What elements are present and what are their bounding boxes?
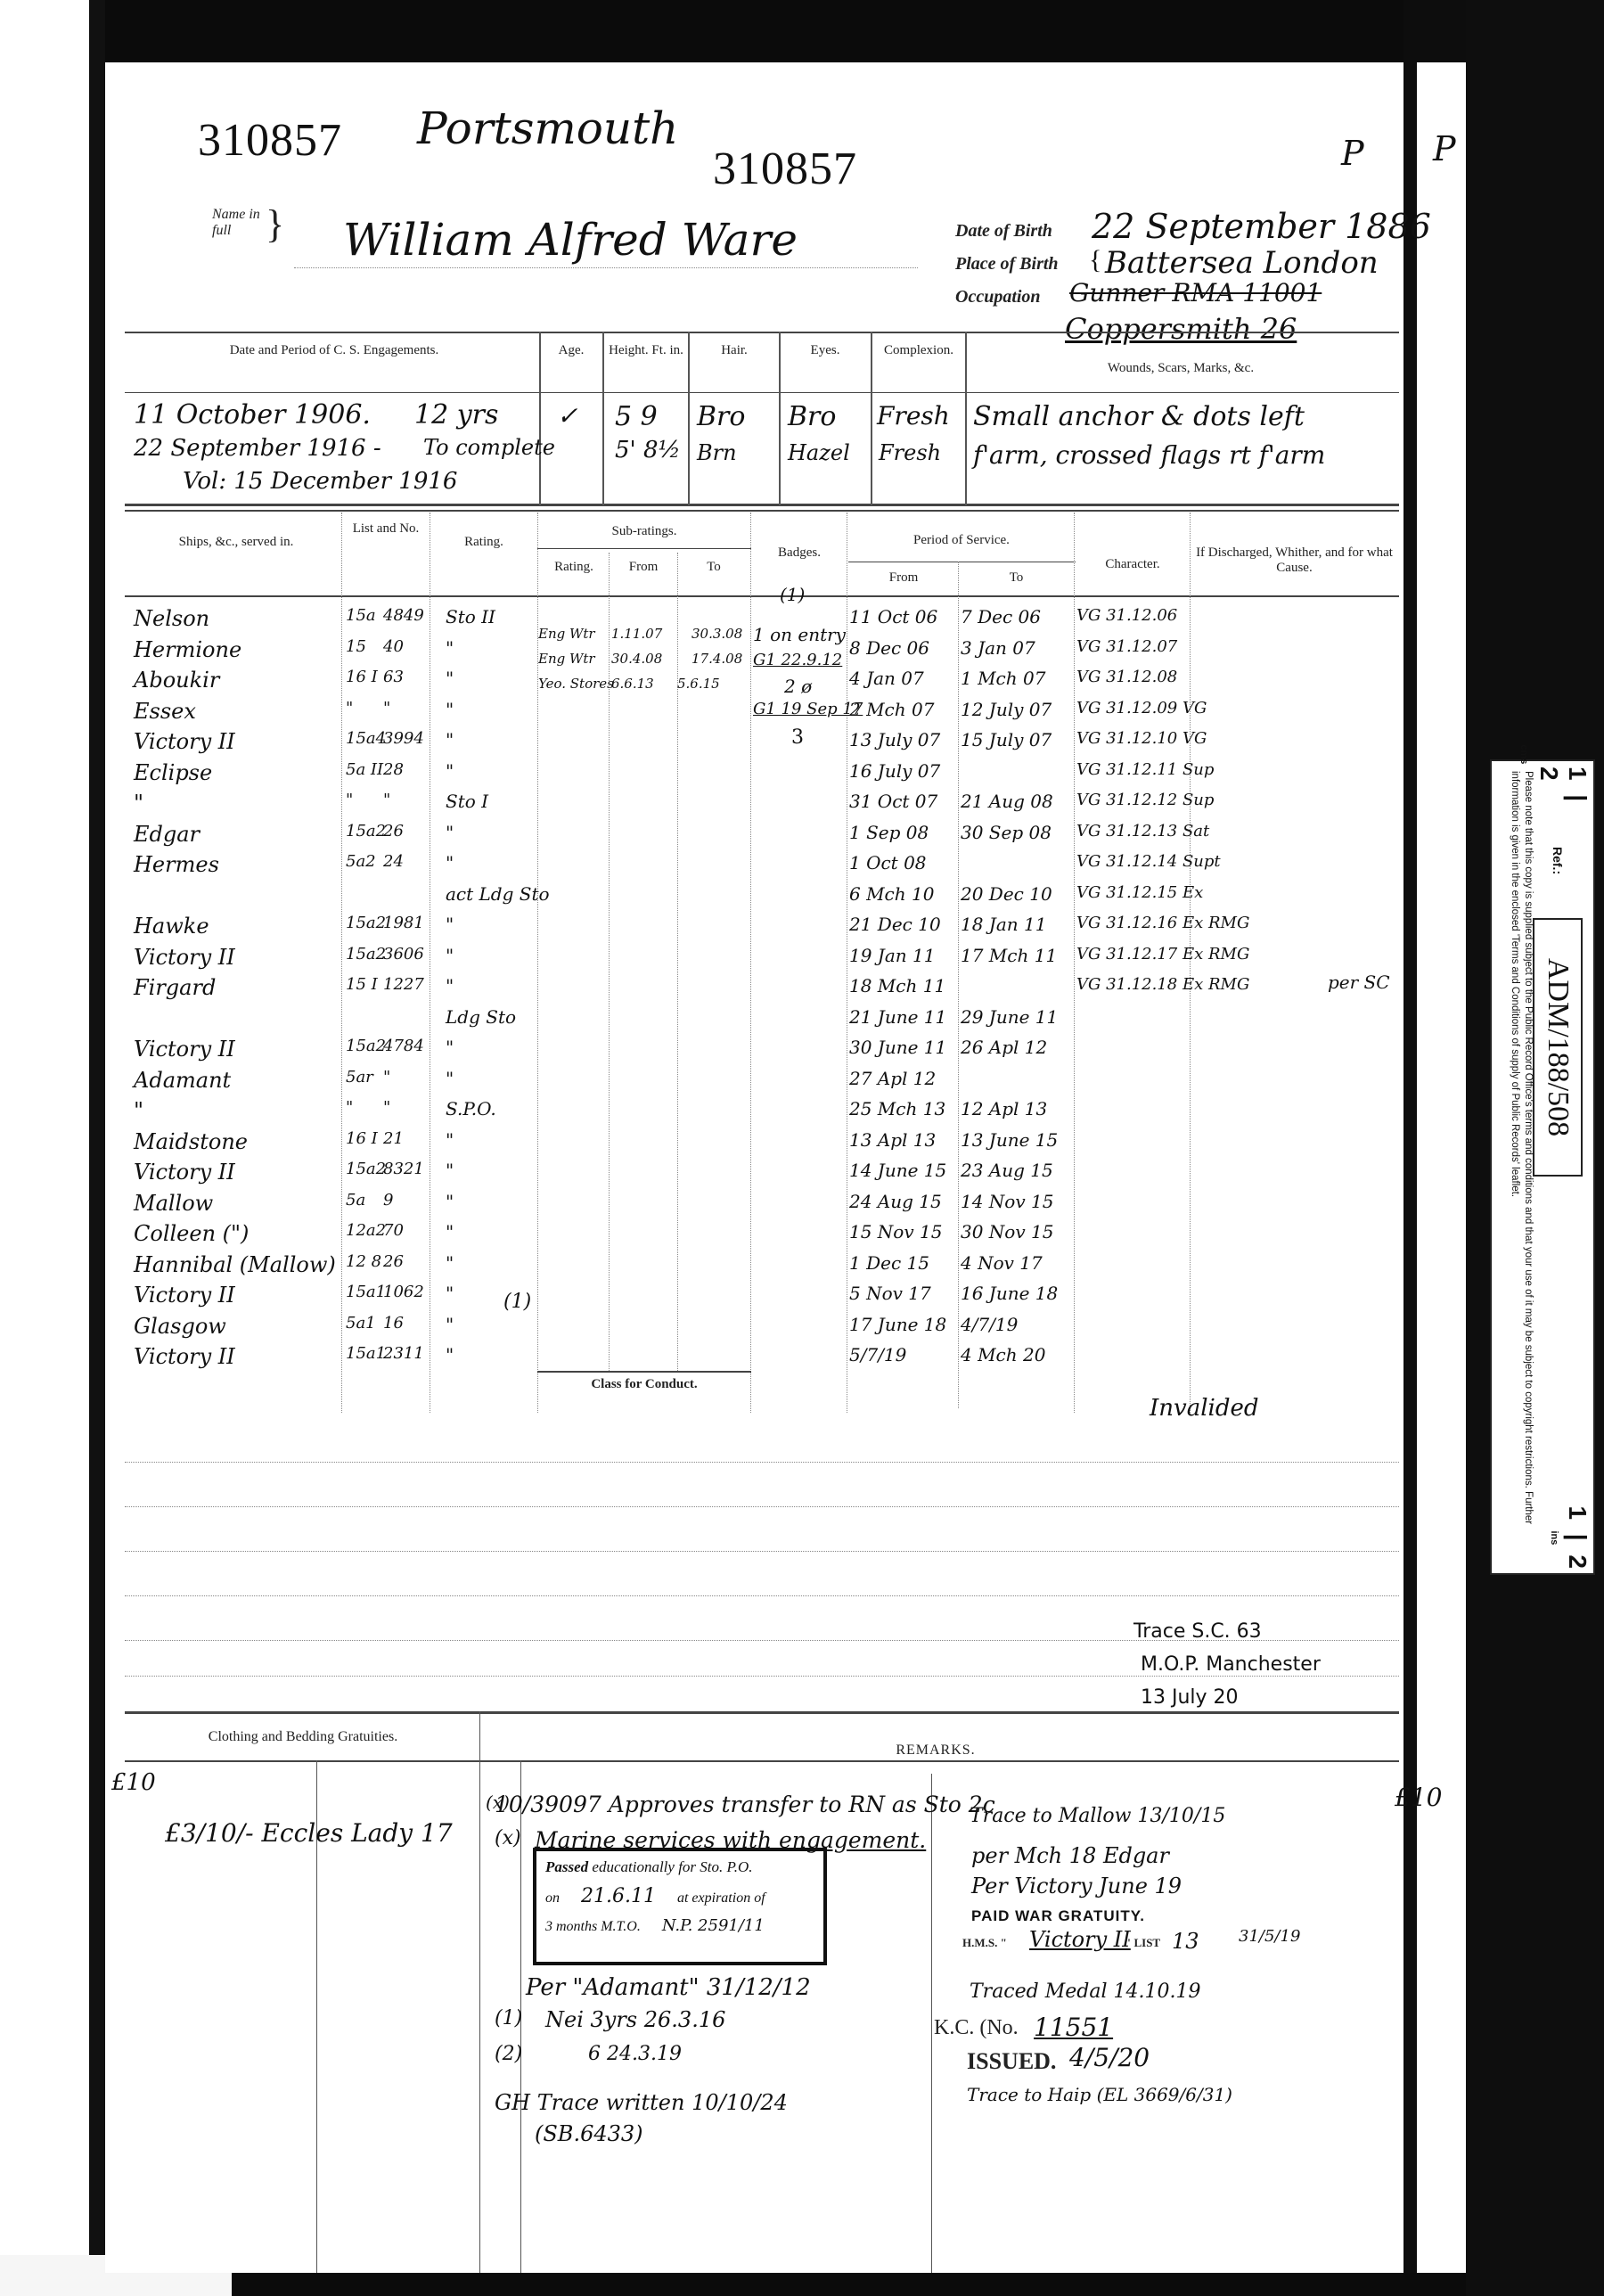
trace-line-1: Trace S.C. 63 <box>1133 1620 1262 1643</box>
period-from: 11 Oct 06 <box>849 606 937 627</box>
occupation-value: Coppersmith 26 <box>1065 312 1297 346</box>
copyright-notice: Please note that this copy is supplied s… <box>1508 771 1534 1555</box>
header-character: Character. <box>1076 557 1189 572</box>
badge-entry: G1 19 Sep 17 <box>753 700 863 718</box>
ship-name: Victory II <box>134 1344 235 1369</box>
period-from: 19 Jan 11 <box>849 945 935 966</box>
stamp-expiration: at expiration of <box>677 1890 765 1906</box>
sub-rating-to: 30.3.08 <box>692 626 742 642</box>
header-complexion: Complexion. <box>873 343 964 358</box>
remark-mark: (x) <box>495 1827 521 1849</box>
period-from: 31 Oct 07 <box>849 791 937 812</box>
rating: " <box>446 975 454 996</box>
sub-rating-from: 30.4.08 <box>611 651 662 667</box>
name-brace: } <box>266 201 284 247</box>
scale-cm-unit: cms <box>1518 744 1529 764</box>
period-to: 23 Aug 15 <box>961 1160 1053 1181</box>
rating: Sto I <box>446 791 488 812</box>
ship-number: 3606 <box>383 945 424 963</box>
header-age: Age. <box>542 343 601 358</box>
sub-rating-mark: (1) <box>503 1291 531 1313</box>
subratings-rule <box>537 548 751 549</box>
class-for-conduct-label: Class for Conduct. <box>542 1377 747 1392</box>
col-divider <box>341 512 342 1413</box>
ship-list: 15 <box>346 637 366 656</box>
period-from: 24 Aug 15 <box>849 1191 942 1212</box>
ship-name: Firgard <box>134 975 216 1000</box>
ship-name: Hannibal (Mallow) <box>134 1252 336 1277</box>
table-rule <box>125 392 1399 393</box>
period-from: 1 Oct 08 <box>849 852 927 873</box>
ship-number: 70 <box>383 1221 404 1240</box>
engagement-hair: Brn <box>697 440 737 465</box>
pob-brace: { <box>1089 245 1101 275</box>
adjacent-page-edge <box>1417 62 1466 2273</box>
ship-name: Victory II <box>134 1160 235 1185</box>
period-to: 12 Apl 13 <box>961 1098 1047 1119</box>
character: VG 31.12.16 Ex RMG <box>1076 914 1249 932</box>
war-gratuity-hms-label: H.M.S. " <box>962 1936 1007 1950</box>
remark-line: (SB.6433) <box>535 2121 643 2146</box>
sub-rating: Yeo. Stores <box>538 676 614 692</box>
ship-name: Colleen (") <box>134 1221 249 1246</box>
ship-list: 15 I <box>346 975 378 994</box>
ship-name: Hermes <box>134 852 219 877</box>
corner-mark-p: P <box>1341 134 1364 173</box>
rating: act Ldg Sto <box>446 883 550 905</box>
ship-list: 15a1 <box>346 1283 386 1301</box>
rating: " <box>446 852 454 873</box>
ship-number: " <box>383 699 390 717</box>
stamp-date: 21.6.11 <box>581 1885 656 1907</box>
sub-rating: Eng Wtr <box>538 626 595 642</box>
full-name: William Alfred Ware <box>343 214 798 266</box>
rating: " <box>446 1283 454 1304</box>
ship-name: Aboukir <box>134 668 219 693</box>
header-sub-to: To <box>679 560 749 575</box>
period-to: 17 Mch 11 <box>961 945 1057 966</box>
stamp-ref: N.P. 2591/11 <box>662 1916 765 1935</box>
ship-list: 15a2 <box>346 945 386 963</box>
header-sub-rating: Rating. <box>540 560 608 575</box>
remark-line: GH Trace written 10/10/24 <box>495 2090 788 2115</box>
ship-list: 5a <box>346 1191 365 1209</box>
period-from: 30 June 11 <box>849 1037 946 1058</box>
ship-number: 26 <box>383 1252 404 1271</box>
remark-line: Nei 3yrs 26.3.16 <box>545 2007 725 2032</box>
ship-number: 1062 <box>383 1283 424 1301</box>
stamp-line-3: 3 months M.T.O. <box>545 1919 641 1934</box>
character: VG 31.12.15 Ex <box>1076 883 1203 902</box>
header-eyes: Eyes. <box>782 343 868 358</box>
badge-entry: 3 <box>791 726 804 749</box>
port-division: Portsmouth <box>417 102 678 154</box>
ship-number: 26 <box>383 822 404 840</box>
ship-list: 15a1 <box>346 1344 386 1363</box>
trace-line-3: 13 July 20 <box>1141 1686 1239 1709</box>
ship-list: 5a1 <box>346 1314 376 1332</box>
header-marks: Wounds, Scars, Marks, &c. <box>971 361 1390 376</box>
war-gratuity-stamp: PAID WAR GRATUITY. <box>971 1907 1145 1925</box>
header-rating: Rating. <box>433 535 535 550</box>
sub-rating: Eng Wtr <box>538 651 595 667</box>
sub-rating-from: 6.6.13 <box>611 676 654 692</box>
col-divider <box>958 562 959 1408</box>
name-label: Name in full <box>212 207 266 238</box>
header-period-to: To <box>961 570 1072 586</box>
engagement-complexion: Fresh <box>877 401 950 430</box>
dob-label: Date of Birth <box>955 221 1052 242</box>
badge-entry: 2 ø <box>784 676 812 697</box>
period-from: 13 July 07 <box>849 729 940 750</box>
col-divider <box>871 332 872 505</box>
period-from: 17 June 18 <box>849 1314 946 1335</box>
rating: " <box>446 1129 454 1151</box>
rating: Ldg Sto <box>446 1006 516 1028</box>
header-period: Period of Service. <box>851 533 1072 548</box>
rating: " <box>446 1068 454 1089</box>
period-to: 4 Nov 17 <box>961 1252 1043 1274</box>
sub-rating-from: 1.11.07 <box>611 626 662 642</box>
ship-number: 28 <box>383 760 404 779</box>
remark-trace: Trace to Haip (EL 3669/6/31) <box>967 2084 1232 2105</box>
ship-list: 5ar <box>346 1068 373 1086</box>
ship-list: 15a2 <box>346 822 386 840</box>
engagement-hair: Bro <box>697 401 745 432</box>
period-to: 30 Nov 15 <box>961 1221 1053 1242</box>
scale-in-2: 2 <box>1564 1554 1592 1569</box>
stamp-on: on <box>545 1890 560 1906</box>
ship-number: 1227 <box>383 975 424 994</box>
badge-entry: 1 on entry <box>753 624 846 645</box>
period-from: 1 Sep 08 <box>849 822 929 843</box>
ship-list: 15a <box>346 606 376 625</box>
rating: " <box>446 699 454 720</box>
period-to: 15 July 07 <box>961 729 1052 750</box>
table-rule <box>125 332 1399 333</box>
engagement-height: 5' 8½ <box>615 437 681 463</box>
ship-number: 21 <box>383 1129 404 1148</box>
character: VG 31.12.08 <box>1076 668 1177 686</box>
rating: " <box>446 822 454 843</box>
ship-number: 63 <box>383 668 404 686</box>
pob-label: Place of Birth <box>955 254 1059 275</box>
engagement-date: 11 October 1906. <box>134 399 371 430</box>
engagement-period: To complete <box>423 435 555 460</box>
character: VG 31.12.17 Ex RMG <box>1076 945 1249 963</box>
scan-border-left <box>89 0 105 2282</box>
ship-name: Victory II <box>134 945 235 970</box>
ship-number: 2311 <box>383 1344 424 1363</box>
engagement-height: 5 9 <box>615 401 658 432</box>
issued-date: 4/5/20 <box>1069 2043 1150 2072</box>
ship-list: 16 I <box>346 1129 378 1148</box>
rating: " <box>446 1191 454 1212</box>
badge-entry: G1 22.9.12 <box>753 651 842 669</box>
ship-list: 15a2 <box>346 1160 386 1178</box>
rating: " <box>446 1037 454 1058</box>
table-rule <box>125 595 1399 597</box>
rating: " <box>446 760 454 782</box>
header-period-from: From <box>851 570 956 586</box>
engagement-marks: Small anchor & dots left <box>973 401 1305 432</box>
ship-name: Glasgow <box>134 1314 226 1339</box>
rating: " <box>446 1252 454 1274</box>
ship-number: 4784 <box>383 1037 424 1055</box>
ship-name: Maidstone <box>134 1129 248 1154</box>
ship-name: Victory II <box>134 1283 235 1308</box>
remark-mark: (1) <box>495 2007 522 2029</box>
remark-line: 10/39097 Approves transfer to RN as Sto … <box>495 1792 995 1817</box>
rating: " <box>446 1344 454 1365</box>
ref-label: Ref.: <box>1551 847 1565 874</box>
ship-list: 5a II <box>346 760 383 779</box>
header-list-no: List and No. <box>344 521 428 537</box>
ship-list: 15a2 <box>346 1037 386 1055</box>
ship-list: 5a2 <box>346 852 376 871</box>
period-to: 12 July 07 <box>961 699 1052 720</box>
character: VG 31.12.06 <box>1076 606 1177 625</box>
period-to: 7 Dec 06 <box>961 606 1041 627</box>
period-to: 1 Mch 07 <box>961 668 1045 689</box>
period-to: 4/7/19 <box>961 1314 1018 1335</box>
ship-name: Eclipse <box>134 760 212 785</box>
badge-note: (1) <box>780 584 805 605</box>
ship-list: " <box>346 699 353 717</box>
scan-border-top <box>89 0 1461 62</box>
ship-name: Victory II <box>134 1037 235 1062</box>
engagement-age: ✓ <box>557 401 577 430</box>
copyright-slip: 1 | 2 cms Ref.: ADM/188/508 Please note … <box>1490 759 1595 1575</box>
ship-list: 12 8 <box>346 1252 381 1271</box>
occupation-struck: Gunner RMA 11001 <box>1069 278 1322 307</box>
period-from: 5/7/19 <box>849 1344 906 1365</box>
character: VG 31.12.09 VG <box>1076 699 1207 717</box>
name-underline <box>294 267 918 268</box>
period-from: 5 Nov 17 <box>849 1283 931 1304</box>
character: VG 31.12.07 <box>1076 637 1177 656</box>
col-divider <box>430 512 430 1413</box>
rating: S.P.O. <box>446 1098 496 1119</box>
table-rule <box>125 504 1399 506</box>
sub-rating-to: 5.6.15 <box>677 676 720 692</box>
character: VG 31.12.12 Sup <box>1076 791 1214 809</box>
ship-list: 15a4 <box>346 729 386 748</box>
document-reference: ADM/188/508 <box>1533 918 1583 1177</box>
period-from: 4 Jan 07 <box>849 668 924 689</box>
col-divider <box>965 332 967 505</box>
ship-name: Hawke <box>134 914 209 939</box>
ship-name: Edgar <box>134 822 200 847</box>
ship-name: Mallow <box>134 1191 213 1216</box>
service-number-center: 310857 <box>713 143 857 195</box>
ship-list: 15a2 <box>346 914 386 932</box>
scale-cm-1: 1 <box>1564 767 1592 781</box>
ship-list: " <box>346 791 353 809</box>
engagement-period: 12 yrs <box>414 399 498 430</box>
engagement-eyes: Bro <box>788 401 836 432</box>
character: VG 31.12.14 Supt <box>1076 852 1221 871</box>
conduct-rule <box>537 1371 751 1373</box>
gratuity-entry: £3/10/- Eccles Lady 17 <box>165 1818 453 1848</box>
ship-number: " <box>383 791 390 809</box>
rating: " <box>446 668 454 689</box>
character: VG 31.12.13 Sat <box>1076 822 1209 840</box>
corner-mark-p-right: P <box>1433 129 1456 168</box>
period-to: 3 Jan 07 <box>961 637 1035 659</box>
ship-number: 16 <box>383 1314 404 1332</box>
ship-name: Essex <box>134 699 196 724</box>
ship-number: 9 <box>383 1191 393 1209</box>
rating: " <box>446 729 454 750</box>
col-divider <box>847 512 847 1413</box>
ship-name: Adamant <box>134 1068 231 1093</box>
rating: Sto II <box>446 606 495 627</box>
period-from: 21 June 11 <box>849 1006 946 1028</box>
header-sub-from: From <box>611 560 675 575</box>
education-stamp: Passed educationally for Sto. P.O. on 21… <box>533 1848 827 1965</box>
rating: " <box>446 914 454 935</box>
period-from: 13 Apl 13 <box>849 1129 936 1151</box>
ship-list: 12a2 <box>346 1221 386 1240</box>
period-from: 8 Dec 06 <box>849 637 929 659</box>
character: VG 31.12.11 Sup <box>1076 760 1214 779</box>
col-divider <box>688 332 690 505</box>
period-to: 21 Aug 08 <box>961 791 1053 812</box>
pob-value: Battersea London <box>1105 245 1379 281</box>
ship-name: " <box>134 1098 143 1123</box>
scale-in: 1 | 2 ins <box>1563 1505 1592 1569</box>
period-from: 18 Mch 11 <box>849 975 945 996</box>
header-ships: Ships, &c., served in. <box>134 535 339 550</box>
right-margin-note: £10 <box>1395 1783 1442 1812</box>
ship-number: " <box>383 1068 390 1086</box>
war-gratuity-date: 31/5/19 <box>1239 1927 1300 1946</box>
period-to: 26 Apl 12 <box>961 1037 1047 1058</box>
engagement-date: Vol: 15 December 1916 <box>183 468 457 495</box>
rating: " <box>446 1221 454 1242</box>
remark-right: Trace to Mallow 13/10/15 <box>970 1805 1225 1827</box>
period-to: 14 Nov 15 <box>961 1191 1053 1212</box>
period-from: 21 Dec 10 <box>849 914 941 935</box>
kc-number: 11551 <box>1034 2013 1113 2042</box>
remark-right: Per Victory June 19 <box>971 1874 1182 1898</box>
scale-in-1: 1 <box>1564 1505 1592 1520</box>
dob-value: 22 September 1886 <box>1092 207 1431 246</box>
trace-line-2: M.O.P. Manchester <box>1141 1653 1321 1676</box>
kc-label: K.C. (No. <box>934 2016 1019 2040</box>
war-gratuity-ship: Victory II <box>1029 1927 1131 1952</box>
header-engagements: Date and Period of C. S. Engagements. <box>134 343 535 358</box>
col-divider <box>602 332 604 505</box>
period-rule <box>848 562 1076 562</box>
character: VG 31.12.10 VG <box>1076 729 1207 748</box>
col-divider <box>750 512 751 1413</box>
ship-number: " <box>383 1098 390 1117</box>
service-number-left: 310857 <box>198 114 342 167</box>
period-to: 13 June 15 <box>961 1129 1058 1151</box>
header-height: Height. Ft. in. <box>606 343 686 358</box>
remark-mark: (2) <box>495 2043 522 2065</box>
scale-cm-2: 2 <box>1535 767 1563 781</box>
rating: " <box>446 945 454 966</box>
header-hair: Hair. <box>692 343 777 358</box>
stamp-line-1: educationally for Sto. P.O. <box>592 1858 752 1875</box>
col-divider <box>539 332 541 505</box>
scale-cm: 1 | 2 cms <box>1534 767 1592 813</box>
ship-number: 3994 <box>383 729 424 748</box>
period-to: 16 June 18 <box>961 1283 1058 1304</box>
remark-line: Per "Adamant" 31/12/12 <box>526 1974 811 2001</box>
rating: " <box>446 1160 454 1181</box>
col-divider <box>779 332 781 505</box>
character: VG 31.12.18 Ex RMG <box>1076 975 1249 994</box>
col-divider <box>1074 512 1075 1413</box>
ship-number: 4849 <box>383 606 424 625</box>
ship-number: 1981 <box>383 914 424 932</box>
medal-trace: Traced Medal 14.10.19 <box>970 1980 1200 2003</box>
war-gratuity-list-label: " LIST <box>1125 1936 1160 1950</box>
sub-rating-to: 17.4.08 <box>692 651 742 667</box>
character-note: per SC <box>1328 972 1390 993</box>
scale-in-unit: ins <box>1549 1530 1559 1545</box>
gratuity-margin: £10 <box>111 1769 156 1796</box>
period-to: 30 Sep 08 <box>961 822 1052 843</box>
issued-label: ISSUED. <box>967 2048 1056 2075</box>
ship-number: 24 <box>383 852 404 871</box>
war-gratuity-list: 13 <box>1172 1929 1199 1954</box>
period-to: 4 Mch 20 <box>961 1344 1045 1365</box>
period-from: 16 July 07 <box>849 760 940 782</box>
period-from: 6 Mch 10 <box>849 883 934 905</box>
period-from: 15 Nov 15 <box>849 1221 942 1242</box>
remark-right: per Mch 18 Edgar <box>971 1843 1169 1868</box>
engagement-eyes: Hazel <box>788 440 850 465</box>
col-divider <box>537 512 538 1413</box>
period-from: 25 Mch 13 <box>849 1098 945 1119</box>
header-subratings: Sub-ratings. <box>540 524 749 539</box>
occupation-label: Occupation <box>955 287 1041 307</box>
period-to: 18 Jan 11 <box>961 914 1046 935</box>
header-badges: Badges. <box>753 545 846 561</box>
stamp-passed: Passed <box>545 1858 588 1875</box>
period-to: 20 Dec 10 <box>961 883 1052 905</box>
remarks-header: REMARKS. <box>847 1742 1025 1759</box>
ship-number: 8321 <box>383 1160 424 1178</box>
engagement-complexion: Fresh <box>879 440 941 465</box>
period-from: 14 June 15 <box>849 1160 946 1181</box>
ship-name: " <box>134 791 143 816</box>
table-rule <box>125 510 1399 512</box>
ship-name: Hermione <box>134 637 241 662</box>
ship-list: 16 I <box>346 668 378 686</box>
engagement-date: 22 September 1916 - <box>134 435 381 462</box>
period-from: 27 Apl 12 <box>849 1068 936 1089</box>
period-from: 1 Dec 15 <box>849 1252 929 1274</box>
engagement-marks: f'arm, crossed flags rt f'arm <box>973 440 1325 470</box>
header-discharged: If Discharged, Whither, and for what Cau… <box>1194 545 1395 577</box>
rating: " <box>446 637 454 659</box>
period-to: 29 June 11 <box>961 1006 1058 1028</box>
rating: " <box>446 1314 454 1335</box>
ship-list: " <box>346 1098 353 1117</box>
ship-name: Nelson <box>134 606 209 631</box>
ship-number: 40 <box>383 637 404 656</box>
remark-line: 6 24.3.19 <box>588 2043 682 2065</box>
gratuities-header: Clothing and Bedding Gratuities. <box>134 1729 472 1745</box>
ship-name: Victory II <box>134 729 235 754</box>
discharge-cause: Invalided <box>1150 1395 1259 1422</box>
